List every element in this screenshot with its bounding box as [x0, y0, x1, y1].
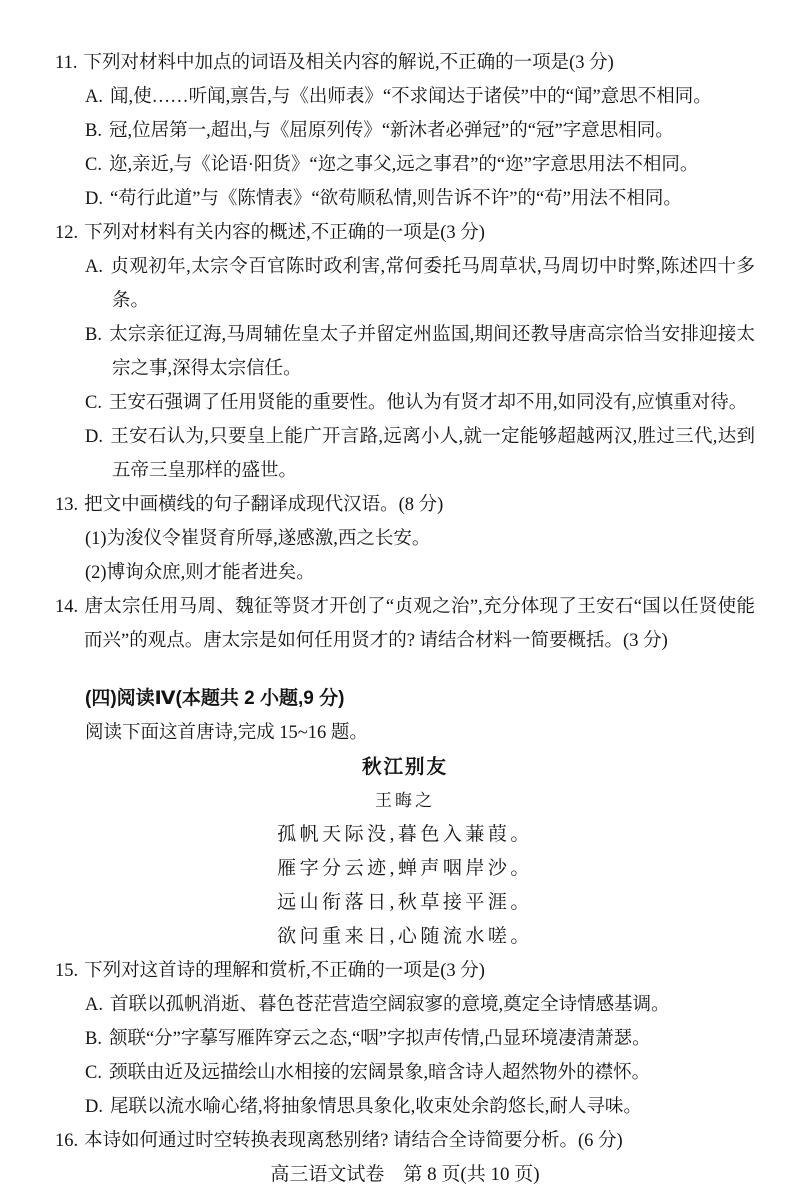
poem-line-4: 欲问重来日,心随流水嗟。: [55, 920, 755, 954]
poem-line-3: 远山衔落日,秋草接平涯。: [55, 886, 755, 920]
question-13-item-1: (1)为浚仪令崔贤育所辱,遂感激,西之长安。: [55, 522, 755, 556]
page-footer: 高三语文试卷 第 8 页(共 10 页): [55, 1158, 755, 1192]
question-12-option-c: C.王安石强调了任用贤能的重要性。他认为有贤才却不用,如同没有,应慎重对待。: [55, 386, 755, 420]
question-14-text: 唐太宗任用马周、魏征等贤才开创了“贞观之治”,充分体现了王安石“国以任贤使能而兴…: [84, 597, 755, 651]
question-14-number: 14.: [55, 597, 78, 617]
option-label: A.: [85, 257, 103, 277]
option-text: 王安石强调了任用贤能的重要性。他认为有贤才却不用,如同没有,应慎重对待。: [109, 393, 747, 413]
option-label: D.: [85, 427, 103, 447]
option-text: 太宗亲征辽海,马周辅佐皇太子并留定州监国,期间还教导唐高宗恰当安排迎接太宗之事,…: [109, 325, 755, 379]
option-text: 颔联“分”字摹写雁阵穿云之态,“咽”字拟声传情,凸显环境凄清萧瑟。: [109, 1029, 651, 1049]
option-label: D.: [85, 189, 103, 209]
option-text: 冠,位居第一,超出,与《屈原列传》“新沐者必弹冠”的“冠”字意思相同。: [109, 121, 674, 141]
option-text: 王安石认为,只要皇上能广开言路,远离小人,就一定能够超越两汉,胜过三代,达到五帝…: [110, 427, 755, 481]
question-15-option-b: B.颔联“分”字摹写雁阵穿云之态,“咽”字拟声传情,凸显环境凄清萧瑟。: [55, 1022, 755, 1056]
question-15-number: 15.: [55, 961, 78, 981]
question-16: 16.本诗如何通过时空转换表现离愁别绪? 请结合全诗简要分析。(6 分): [55, 1124, 755, 1158]
question-12-option-a: A.贞观初年,太宗令百官陈时政利害,常何委托马周草状,马周切中时弊,陈述四十多条…: [55, 250, 755, 318]
option-label: D.: [85, 1097, 103, 1117]
question-15-option-c: C.颈联由近及远描绘山水相接的宏阔景象,暗含诗人超然物外的襟怀。: [55, 1056, 755, 1090]
question-12-text: 下列对材料有关内容的概述,不正确的一项是(3 分): [84, 223, 485, 243]
option-text: 闻,使……听闻,禀告,与《出师表》“不求闻达于诸侯”中的“闻”意思不相同。: [110, 87, 712, 107]
option-label: A.: [85, 995, 103, 1015]
question-13-item-2: (2)博询众庶,则才能者进矣。: [55, 556, 755, 590]
option-label: C.: [85, 393, 102, 413]
question-11-option-c: C.迩,亲近,与《论语·阳货》“迩之事父,远之事君”的“迩”字意思用法不相同。: [55, 148, 755, 182]
question-13-stem: 13.把文中画横线的句子翻译成现代汉语。(8 分): [55, 488, 755, 522]
question-12-option-b: B.太宗亲征辽海,马周辅佐皇太子并留定州监国,期间还教导唐高宗恰当安排迎接太宗之…: [55, 318, 755, 386]
option-text: 颈联由近及远描绘山水相接的宏阔景象,暗含诗人超然物外的襟怀。: [109, 1063, 650, 1083]
question-13-text: 把文中画横线的句子翻译成现代汉语。(8 分): [84, 495, 443, 515]
question-14-stem: 14.唐太宗任用马周、魏征等贤才开创了“贞观之治”,充分体现了王安石“国以任贤使…: [55, 590, 755, 658]
question-16-number: 16.: [55, 1131, 78, 1151]
poem-author: 王晦之: [55, 784, 755, 818]
question-16-stem: 16.本诗如何通过时空转换表现离愁别绪? 请结合全诗简要分析。(6 分): [55, 1124, 755, 1158]
question-12-option-d: D.王安石认为,只要皇上能广开言路,远离小人,就一定能够超越两汉,胜过三代,达到…: [55, 420, 755, 488]
question-15-text: 下列对这首诗的理解和赏析,不正确的一项是(3 分): [84, 961, 485, 981]
option-label: C.: [85, 155, 102, 175]
poem: 秋江别友 王晦之 孤帆天际没,暮色入蒹葭。 雁字分云迹,蝉声咽岸沙。 远山衔落日…: [55, 750, 755, 954]
exam-page: 11.下列对材料中加点的词语及相关内容的解说,不正确的一项是(3 分) A.闻,…: [0, 0, 800, 1192]
option-text: 迩,亲近,与《论语·阳货》“迩之事父,远之事君”的“迩”字意思用法不相同。: [109, 155, 698, 175]
question-11-stem: 11.下列对材料中加点的词语及相关内容的解说,不正确的一项是(3 分): [55, 46, 755, 80]
option-text: 尾联以流水喻心绪,将抽象情思具象化,收束处余韵悠长,耐人寻味。: [110, 1097, 642, 1117]
option-label: B.: [85, 1029, 102, 1049]
option-text: 贞观初年,太宗令百官陈时政利害,常何委托马周草状,马周切中时弊,陈述四十多条。: [110, 257, 755, 311]
question-15-stem: 15.下列对这首诗的理解和赏析,不正确的一项是(3 分): [55, 954, 755, 988]
poem-title: 秋江别友: [55, 750, 755, 784]
question-11-option-b: B.冠,位居第一,超出,与《屈原列传》“新沐者必弹冠”的“冠”字意思相同。: [55, 114, 755, 148]
question-11: 11.下列对材料中加点的词语及相关内容的解说,不正确的一项是(3 分) A.闻,…: [55, 46, 755, 216]
question-12: 12.下列对材料有关内容的概述,不正确的一项是(3 分) A.贞观初年,太宗令百…: [55, 216, 755, 488]
option-label: B.: [85, 121, 102, 141]
question-13: 13.把文中画横线的句子翻译成现代汉语。(8 分) (1)为浚仪令崔贤育所辱,遂…: [55, 488, 755, 590]
option-text: 首联以孤帆消逝、暮色苍茫营造空阔寂寥的意境,奠定全诗情感基调。: [110, 995, 670, 1015]
option-label: B.: [85, 325, 102, 345]
poem-line-2: 雁字分云迹,蝉声咽岸沙。: [55, 852, 755, 886]
question-16-text: 本诗如何通过时空转换表现离愁别绪? 请结合全诗简要分析。(6 分): [84, 1131, 623, 1151]
question-11-option-d: D.“苟行此道”与《陈情表》“欲苟顺私情,则告诉不许”的“苟”用法不相同。: [55, 182, 755, 216]
question-11-option-a: A.闻,使……听闻,禀告,与《出师表》“不求闻达于诸侯”中的“闻”意思不相同。: [55, 80, 755, 114]
option-label: A.: [85, 87, 103, 107]
question-11-number: 11.: [55, 53, 77, 73]
poem-line-1: 孤帆天际没,暮色入蒹葭。: [55, 818, 755, 852]
question-14: 14.唐太宗任用马周、魏征等贤才开创了“贞观之治”,充分体现了王安石“国以任贤使…: [55, 590, 755, 658]
option-label: C.: [85, 1063, 102, 1083]
question-15: 15.下列对这首诗的理解和赏析,不正确的一项是(3 分) A.首联以孤帆消逝、暮…: [55, 954, 755, 1124]
question-12-stem: 12.下列对材料有关内容的概述,不正确的一项是(3 分): [55, 216, 755, 250]
question-15-option-a: A.首联以孤帆消逝、暮色苍茫营造空阔寂寥的意境,奠定全诗情感基调。: [55, 988, 755, 1022]
section-4-reading: (四)阅读Ⅳ(本题共 2 小题,9 分) 阅读下面这首唐诗,完成 15~16 题…: [55, 682, 755, 954]
option-text: “苟行此道”与《陈情表》“欲苟顺私情,则告诉不许”的“苟”用法不相同。: [110, 189, 682, 209]
question-13-number: 13.: [55, 495, 78, 515]
question-11-text: 下列对材料中加点的词语及相关内容的解说,不正确的一项是(3 分): [83, 53, 613, 73]
question-12-number: 12.: [55, 223, 78, 243]
section-4-intro: 阅读下面这首唐诗,完成 15~16 题。: [55, 716, 755, 750]
section-4-heading: (四)阅读Ⅳ(本题共 2 小题,9 分): [55, 682, 755, 716]
question-15-option-d: D.尾联以流水喻心绪,将抽象情思具象化,收束处余韵悠长,耐人寻味。: [55, 1090, 755, 1124]
